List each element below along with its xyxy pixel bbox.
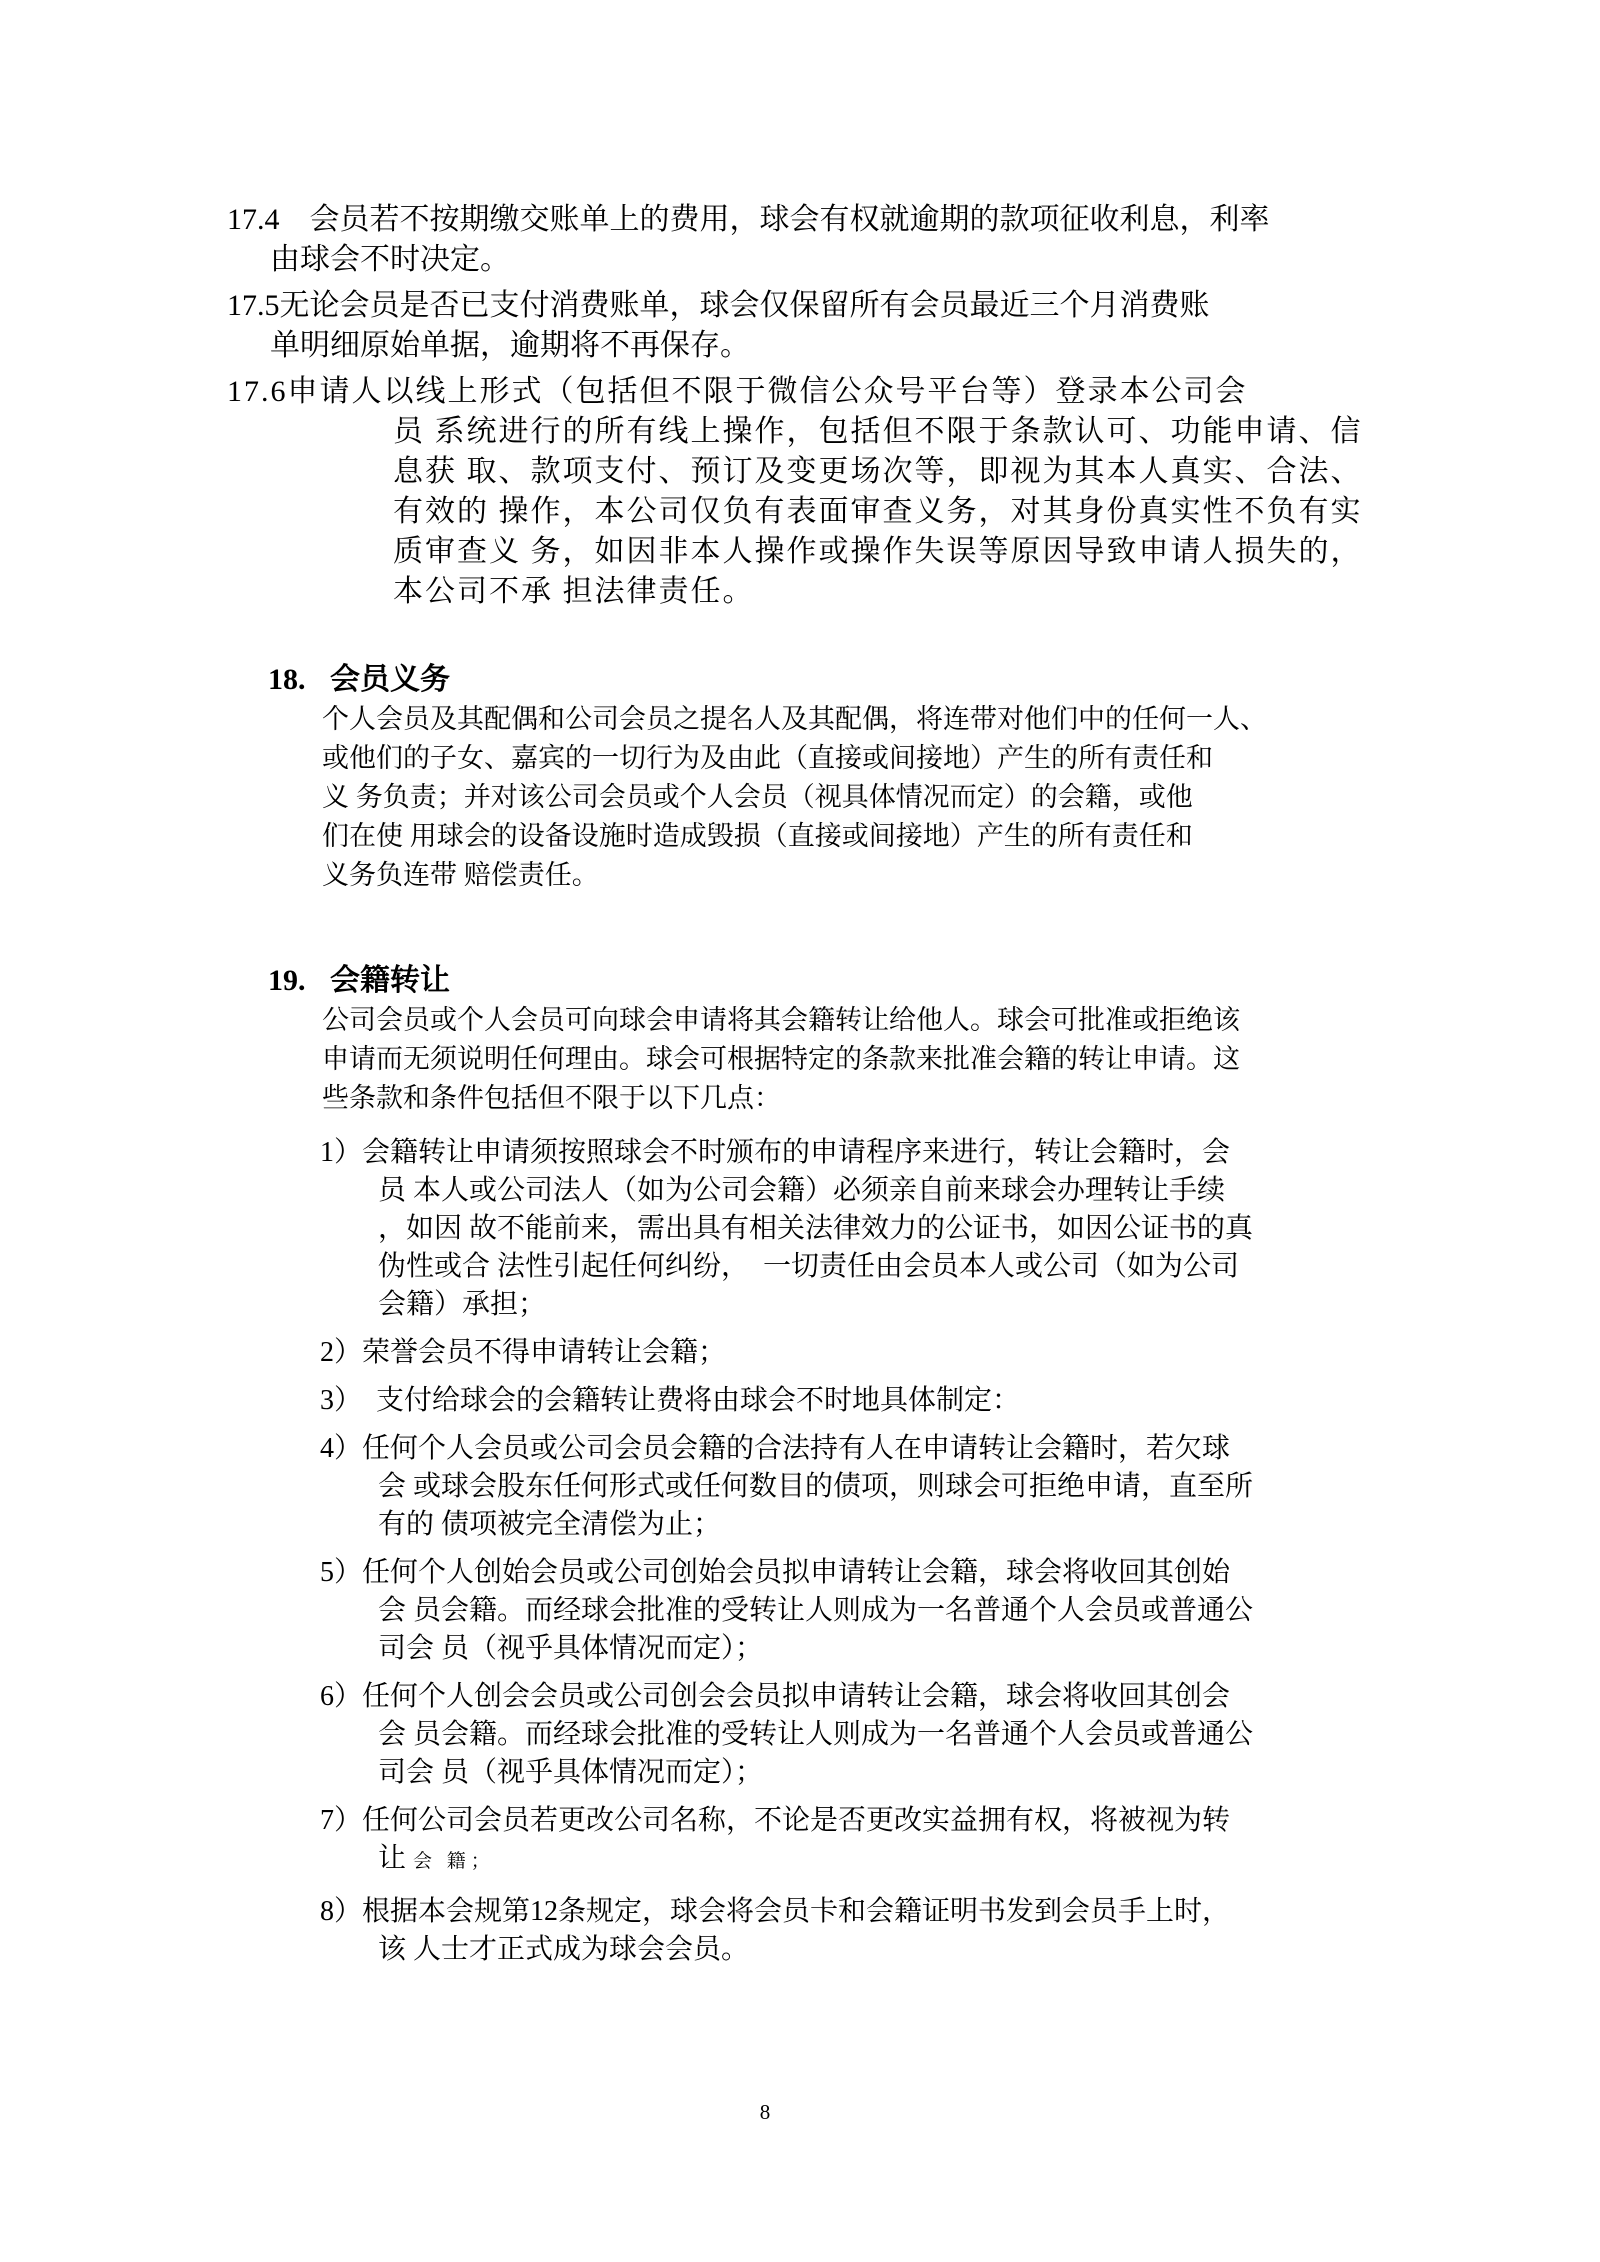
section-19-number: 19. <box>268 961 330 1001</box>
transfer-item-7: 7）任何公司会员若更改公司名称，不论是否更改实益拥有权，将被视为转让 会 籍； <box>320 1802 1517 1881</box>
document-page: 17.4 会员若不按期缴交账单上的费用，球会有权就逾期的款项征收利息，利率 由球… <box>0 0 1600 2262</box>
transfer-item-3: 3） 支付给球会的会籍转让费将由球会不时地具体制定： <box>320 1382 1517 1420</box>
section-19-title: 会籍转让 <box>330 964 450 997</box>
section-19-intro: 公司会员或个人会员可向球会申请将其会籍转让给他人。球会可批准或拒绝该 申请而无须… <box>322 1001 1517 1118</box>
clause-17-4: 17.4 会员若不按期缴交账单上的费用，球会有权就逾期的款项征收利息，利率 由球… <box>227 200 1517 280</box>
section-18-heading: 18.会员义务 <box>268 660 1517 700</box>
section-19-heading: 19.会籍转让 <box>268 961 1517 1001</box>
transfer-item-8: 8）根据本会规第12条规定，球会将会员卡和会籍证明书发到会员手上时， 该 人士才… <box>320 1893 1517 1969</box>
transfer-item-1: 1）会籍转让申请须按照球会不时颁布的申请程序来进行，转让会籍时，会 员 本人或公… <box>320 1134 1517 1324</box>
section-18-body: 个人会员及其配偶和公司会员之提名人及其配偶，将连带对他们中的任何一人、 或他们的… <box>322 700 1517 895</box>
clause-17-6: 17.6申请人以线上形式（包括但不限于微信公众号平台等）登录本公司会 员 系统进… <box>227 372 1517 612</box>
clause-17-5: 17.5无论会员是否已支付消费账单，球会仅保留所有会员最近三个月消费账 单明细原… <box>227 286 1517 366</box>
transfer-item-7-line2-prefix: 让 <box>378 1843 413 1874</box>
document-content: 17.4 会员若不按期缴交账单上的费用，球会有权就逾期的款项征收利息，利率 由球… <box>227 200 1517 1969</box>
section-18-title: 会员义务 <box>330 663 450 696</box>
transfer-item-2: 2）荣誉会员不得申请转让会籍； <box>320 1334 1517 1372</box>
transfer-item-4: 4）任何个人会员或公司会员会籍的合法持有人在申请转让会籍时，若欠球 会 或球会股… <box>320 1430 1517 1544</box>
page-number: 8 <box>0 2100 1530 2124</box>
transfer-item-7-line2-small-text: 会 籍； <box>413 1851 495 1872</box>
section-18-number: 18. <box>268 660 330 700</box>
transfer-item-7-line1: 7）任何公司会员若更改公司名称，不论是否更改实益拥有权，将被视为转 <box>320 1805 1230 1836</box>
transfer-item-5: 5）任何个人创始会员或公司创始会员拟申请转让会籍，球会将收回其创始 会 员会籍。… <box>320 1554 1517 1668</box>
transfer-item-6: 6）任何个人创会会员或公司创会会员拟申请转让会籍，球会将收回其创会 会 员会籍。… <box>320 1678 1517 1792</box>
